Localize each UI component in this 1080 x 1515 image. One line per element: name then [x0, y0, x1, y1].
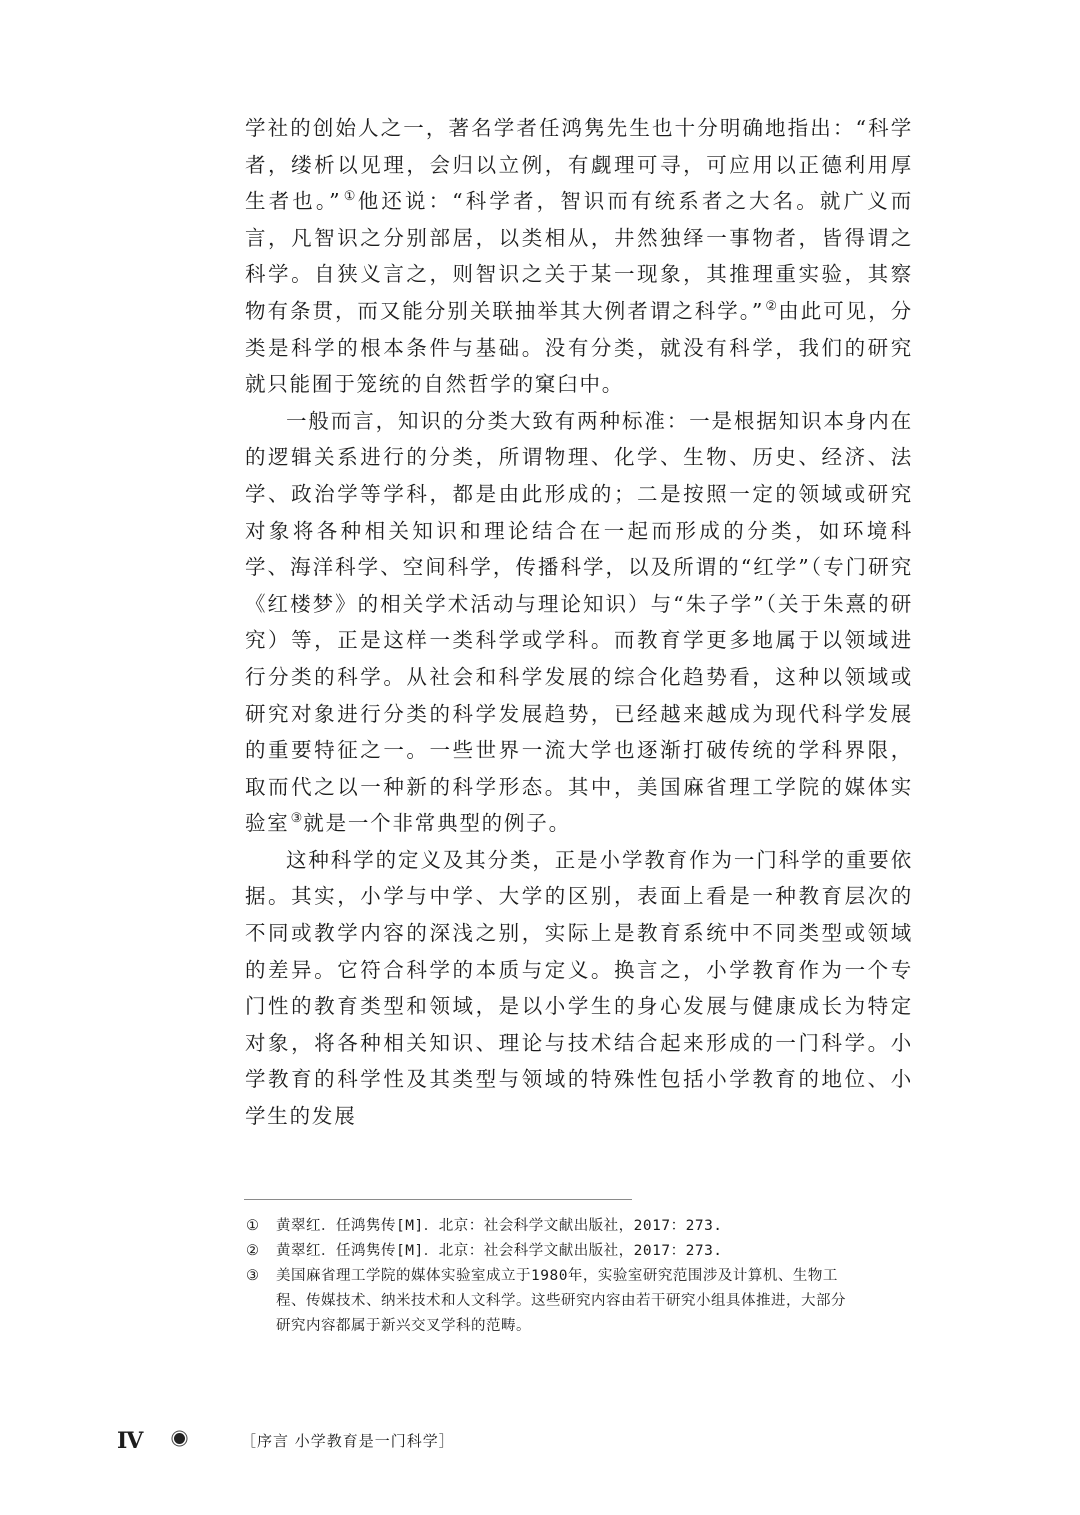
footnote-1-mark: ① [246, 1214, 276, 1239]
footnote-divider [244, 1199, 632, 1200]
paragraph-3: 这种科学的定义及其分类，正是小学教育作为一门科学的重要依据。其实，小学与中学、大… [245, 842, 913, 1135]
filled-circle-icon [174, 1433, 185, 1444]
footnote-ref-1[interactable]: ① [342, 189, 356, 204]
paragraph-1: 学社的创始人之一，著名学者任鸿隽先生也十分明确地指出：“科学者，缕析以见理，会归… [245, 110, 913, 403]
footnotes: ① 黄翠红．任鸿隽传[M]．北京：社会科学文献出版社，2017：273. ② 黄… [246, 1214, 846, 1339]
footnote-ref-3[interactable]: ③ [291, 811, 303, 826]
footnote-ref-2[interactable]: ② [765, 299, 777, 314]
footnote-2-text: 黄翠红．任鸿隽传[M]．北京：社会科学文献出版社，2017：273. [276, 1239, 846, 1264]
footnote-3-mark: ③ [246, 1264, 276, 1339]
running-head: ［序言 小学教育是一门科学］ [241, 1430, 455, 1451]
footnote-3: ③ 美国麻省理工学院的媒体实验室成立于1980年，实验室研究范围涉及计算机、生物… [246, 1264, 846, 1339]
paragraph-2: 一般而言，知识的分类大致有两种标准：一是根据知识本身内在的逻辑关系进行的分类，所… [245, 403, 913, 842]
page-footer: IV ［序言 小学教育是一门科学］ [0, 1428, 1080, 1458]
footnote-3-text: 美国麻省理工学院的媒体实验室成立于1980年，实验室研究范围涉及计算机、生物工程… [276, 1264, 846, 1339]
footnote-2-mark: ② [246, 1239, 276, 1264]
footnote-2: ② 黄翠红．任鸿隽传[M]．北京：社会科学文献出版社，2017：273. [246, 1239, 846, 1264]
footnote-1-text: 黄翠红．任鸿隽传[M]．北京：社会科学文献出版社，2017：273. [276, 1214, 846, 1239]
paragraph-2-text-1: 一般而言，知识的分类大致有两种标准：一是根据知识本身内在的逻辑关系进行的分类，所… [245, 409, 913, 836]
footnote-1: ① 黄翠红．任鸿隽传[M]．北京：社会科学文献出版社，2017：273. [246, 1214, 846, 1239]
paragraph-3-text-1: 这种科学的定义及其分类，正是小学教育作为一门科学的重要依据。其实，小学与中学、大… [245, 848, 913, 1128]
paragraph-2-text-2: 就是一个非常典型的例子。 [303, 811, 571, 835]
body-text: 学社的创始人之一，著名学者任鸿隽先生也十分明确地指出：“科学者，缕析以见理，会归… [245, 110, 913, 1135]
page-number: IV [117, 1428, 142, 1454]
book-page: 学社的创始人之一，著名学者任鸿隽先生也十分明确地指出：“科学者，缕析以见理，会归… [0, 0, 1080, 1515]
